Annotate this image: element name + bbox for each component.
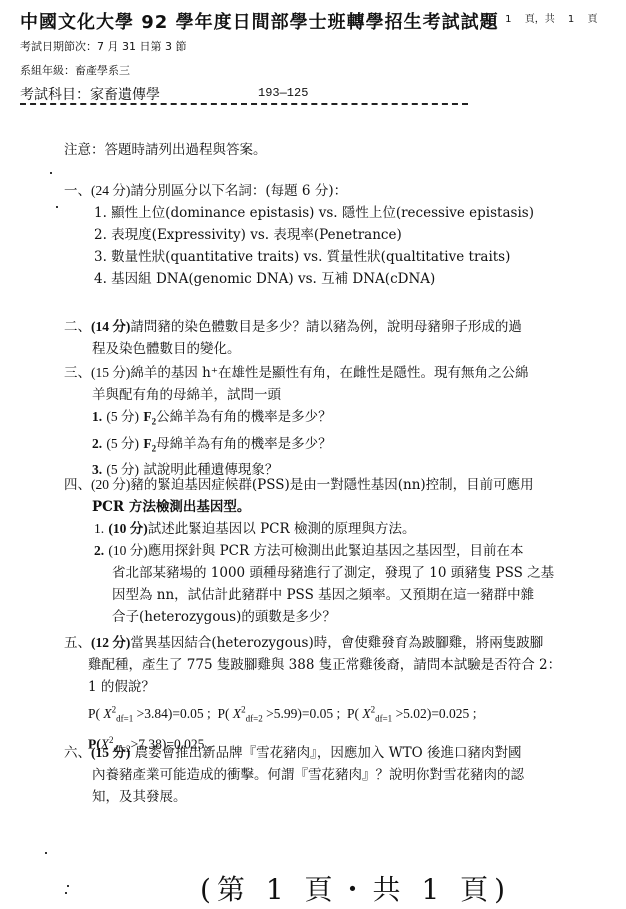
item-label: 1.	[92, 409, 102, 424]
subject-code: 193—125	[258, 86, 308, 100]
question-1: 一、(24 分)請分別區分以下名詞：(每題 6 分)： 1. 顯性上位(domi…	[64, 180, 534, 290]
sub-item: 3. 數量性狀(quantitative traits) vs. 質量性狀(qu…	[64, 246, 534, 268]
item-text: 母綿羊為有角的機率是多少？	[156, 436, 332, 452]
question-text: 請分別區分以下名詞：(每題 6 分)：	[130, 183, 347, 199]
exam-date: 考試日期節次：7 月 31 日第 3 節	[20, 38, 186, 54]
item-text: 應用探針與 PCR 方法可檢測出此緊迫基因之基因型，目前在本	[148, 543, 524, 559]
question-text: 農委會推出新品牌『雪花豬肉』，因應加入 WTO 後進口豬肉對國	[135, 745, 522, 761]
question-number: 四、	[64, 477, 91, 493]
item-text: 因型為 nn，試估計此豬群中 PSS 基因之頻率。又預期在這一豬群中雜	[64, 584, 554, 606]
generation-label: F2	[143, 436, 156, 451]
question-number: 五、	[64, 635, 91, 651]
exam-subject: 考試科目：家畜遺傳學	[20, 84, 160, 104]
question-text: 綿羊的基因 h⁺在雄性是顯性有角，在雌性是隱性。現有無角之公綿	[130, 365, 528, 381]
exam-title: 中國文化大學 92 學年度日間部學士班轉學招生考試試題	[20, 8, 499, 34]
chi-square-1: P( X2df=1 >3.84)=0.05	[88, 706, 204, 721]
question-points: (20 分)	[91, 477, 130, 492]
sub-item: 1. 顯性上位(dominance epistasis) vs. 隱性上位(re…	[64, 202, 534, 224]
question-text: 內養豬產業可能造成的衝擊。何謂『雪花豬肉』？說明你對雪花豬肉的認	[64, 764, 524, 786]
item-label: 1.	[94, 521, 104, 536]
question-points: (24 分)	[91, 183, 130, 198]
item-text: 合子(heterozygous)的頭數是多少？	[64, 606, 554, 628]
question-number: 三、	[64, 365, 91, 381]
question-text: 程及染色體數目的變化。	[64, 338, 522, 360]
question-number: 一、	[64, 183, 91, 199]
chi-square-2: P( X2df=2 >5.99)=0.05	[217, 706, 333, 721]
scan-speck	[45, 852, 47, 854]
scan-speck	[67, 885, 69, 887]
question-text: 當異基因結合(heterozygous)時，會使雞發育為跛腳雞，將兩隻跛腳	[130, 635, 543, 651]
item-text: 試述此緊迫基因以 PCR 檢測的原理與方法。	[148, 521, 416, 537]
header-divider	[20, 103, 468, 105]
generation-label: F2	[143, 409, 156, 424]
item-text: 公綿羊為有角的機率是多少？	[156, 409, 332, 425]
question-3: 三、(15 分)綿羊的基因 h⁺在雄性是顯性有角，在雌性是隱性。現有無角之公綿 …	[64, 362, 529, 481]
question-text: 請問豬的染色體數目是多少？請以豬為例，說明母豬卵子形成的過	[130, 319, 522, 335]
sub-item: 2. (5 分) F2母綿羊為有角的機率是多少？	[64, 433, 529, 460]
sub-item: 1. (5 分) F2公綿羊為有角的機率是多少？	[64, 406, 529, 433]
scan-speck	[65, 892, 67, 894]
question-text: 雞配種，產生了 775 隻跛腳雞與 388 隻正常雞後裔，請問本試驗是否符合 2…	[64, 654, 561, 676]
question-text: 知，及其發展。	[64, 786, 524, 808]
item-text: 省北部某豬場的 1000 頭種母豬進行了測定，發現了 10 頭豬隻 PSS 之基	[64, 562, 554, 584]
question-points: (15 分)	[91, 745, 130, 760]
page-footer: (第 1 頁・共 1 頁)	[200, 868, 511, 908]
chi-square-values: P( X2df=1 >3.84)=0.05 ; P( X2df=2 >5.99)…	[64, 698, 561, 729]
sub-item: 1. (10 分)試述此緊迫基因以 PCR 檢測的原理與方法。	[64, 518, 554, 540]
item-points: (5 分)	[106, 409, 139, 424]
sub-item: 2. (10 分)應用探針與 PCR 方法可檢測出此緊迫基因之基因型，目前在本	[64, 540, 554, 562]
question-6: 六、(15 分) 農委會推出新品牌『雪花豬肉』，因應加入 WTO 後進口豬肉對國…	[64, 742, 524, 808]
item-points: (10 分)	[108, 521, 147, 536]
chi-square-3: P( X2df=1 >5.02)=0.025	[347, 706, 469, 721]
question-4: 四、(20 分)豬的緊迫基因症候群(PSS)是由一對隱性基因(nn)控制，目前可…	[64, 474, 554, 628]
scan-speck	[56, 206, 58, 208]
instruction-note: 注意：答題時請列出過程與答案。	[64, 138, 267, 158]
item-label: 2.	[92, 436, 102, 451]
question-points: (15 分)	[91, 365, 130, 380]
question-points: (12 分)	[91, 635, 130, 650]
item-points: (5 分)	[106, 436, 139, 451]
scan-speck	[50, 172, 52, 174]
page-indicator: 第 1 頁，共 1 頁	[482, 10, 597, 25]
item-label: 2.	[94, 543, 104, 558]
question-text: PCR 方法檢測出基因型。	[64, 496, 554, 518]
question-number: 六、	[64, 745, 91, 761]
question-text: 1 的假說？	[64, 676, 561, 698]
item-points: (10 分)	[108, 543, 147, 558]
question-text: 羊與配有角的母綿羊，試問一頭	[64, 384, 529, 406]
question-points: (14 分)	[91, 319, 130, 334]
sub-item: 4. 基因組 DNA(genomic DNA) vs. 互補 DNA(cDNA)	[64, 268, 534, 290]
department: 系組年級：畜產學系三	[20, 62, 130, 78]
question-2: 二、(14 分)請問豬的染色體數目是多少？請以豬為例，說明母豬卵子形成的過 程及…	[64, 316, 522, 360]
question-number: 二、	[64, 319, 91, 335]
question-text: 豬的緊迫基因症候群(PSS)是由一對隱性基因(nn)控制，目前可應用	[130, 477, 533, 493]
sub-item: 2. 表現度(Expressivity) vs. 表現率(Penetrance)	[64, 224, 534, 246]
